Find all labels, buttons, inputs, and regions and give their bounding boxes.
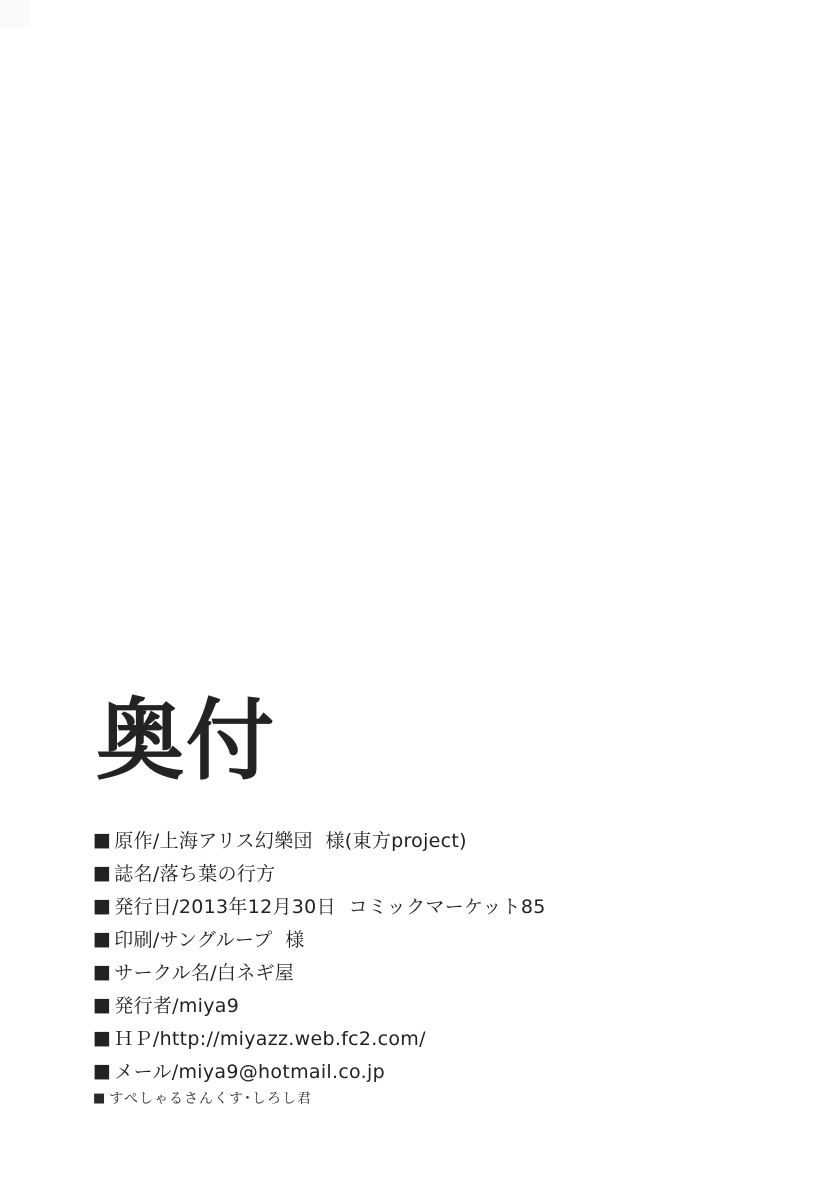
bullet-square-icon: ■	[93, 829, 111, 851]
bullet-square-icon: ■	[93, 1091, 106, 1106]
scan-artifact	[0, 0, 30, 28]
colophon-entry-text: メール/miya9@hotmail.co.jp	[114, 1057, 385, 1084]
colophon-entry-list: ■ 原作/上海アリス幻樂団 様(東方project) ■ 誌名/落ち葉の行方 ■…	[93, 823, 546, 1111]
colophon-entry-text: サークル名/白ネギ屋	[114, 958, 294, 985]
colophon-page: 奥付 ■ 原作/上海アリス幻樂団 様(東方project) ■ 誌名/落ち葉の行…	[0, 0, 834, 1200]
colophon-entry-special-thanks: ■ すぺしゃるさんくす･しろし君	[93, 1085, 546, 1111]
colophon-entry-original-work: ■ 原作/上海アリス幻樂団 様(東方project)	[93, 823, 546, 856]
colophon-entry-printer: ■ 印刷/サングループ 様	[93, 922, 546, 955]
colophon-entry-text: ＨＰ/http://miyazz.web.fc2.com/	[114, 1024, 426, 1051]
bullet-square-icon: ■	[93, 862, 111, 884]
colophon-entry-publication-date: ■ 発行日/2013年12月30日 コミックマーケット85	[93, 889, 546, 922]
page-title: 奥付	[96, 692, 276, 791]
bullet-square-icon: ■	[93, 1027, 111, 1049]
bullet-square-icon: ■	[93, 895, 111, 917]
colophon-entry-homepage: ■ ＨＰ/http://miyazz.web.fc2.com/	[93, 1021, 546, 1054]
colophon-entry-text: すぺしゃるさんくす･しろし君	[109, 1088, 312, 1108]
bullet-square-icon: ■	[93, 1060, 111, 1082]
colophon-entry-text: 発行者/miya9	[114, 991, 239, 1018]
colophon-entry-book-title: ■ 誌名/落ち葉の行方	[93, 856, 546, 889]
colophon-entry-text: 発行日/2013年12月30日 コミックマーケット85	[114, 892, 545, 919]
colophon-entry-circle-name: ■ サークル名/白ネギ屋	[93, 955, 546, 988]
colophon-entry-text: 印刷/サングループ 様	[114, 925, 304, 952]
bullet-square-icon: ■	[93, 961, 111, 983]
colophon-entry-email: ■ メール/miya9@hotmail.co.jp	[93, 1054, 546, 1087]
bullet-square-icon: ■	[93, 994, 111, 1016]
colophon-entry-text: 誌名/落ち葉の行方	[114, 859, 275, 886]
colophon-entry-text: 原作/上海アリス幻樂団 様(東方project)	[114, 826, 467, 853]
colophon-entry-publisher: ■ 発行者/miya9	[93, 988, 546, 1021]
bullet-square-icon: ■	[93, 928, 111, 950]
